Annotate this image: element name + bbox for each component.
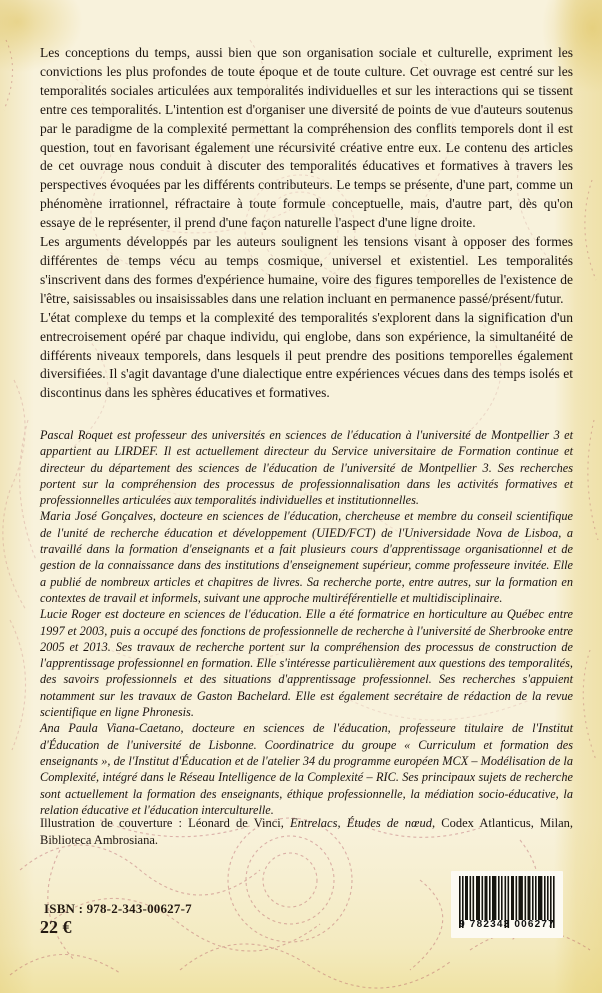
synopsis: Les conceptions du temps, aussi bien que…	[40, 44, 573, 403]
author-bio-pascal-roquet: Pascal Roquet est professeur des univers…	[40, 427, 573, 508]
author-bios: Pascal Roquet est professeur des univers…	[40, 427, 573, 818]
cover-credit-prefix: Illustration de couverture : Léonard de …	[40, 816, 290, 830]
book-back-cover: Les conceptions du temps, aussi bien que…	[0, 0, 602, 993]
synopsis-paragraph-3: L'état complexe du temps et la complexit…	[40, 309, 573, 404]
author-bio-maria-jose-goncalves: Maria José Gonçalves, docteure en scienc…	[40, 508, 573, 606]
synopsis-paragraph-2: Les arguments développés par les auteurs…	[40, 233, 573, 309]
barcode-digits: 9 782343 006277	[459, 919, 555, 930]
price-text: 22 €	[40, 917, 72, 938]
barcode: 9 782343 006277	[451, 871, 563, 938]
synopsis-paragraph-1: Les conceptions du temps, aussi bien que…	[40, 44, 573, 233]
cover-credit-titles: Entrelacs, Études de nœud	[290, 816, 432, 830]
isbn-text: ISBN : 978-2-343-00627-7	[44, 901, 192, 917]
author-bio-ana-paula-viana-caetano: Ana Paula Viana-Caetano, docteure en sci…	[40, 720, 573, 818]
author-bio-lucie-roger: Lucie Roger est docteure en sciences de …	[40, 606, 573, 720]
cover-credit: Illustration de couverture : Léonard de …	[40, 815, 573, 848]
